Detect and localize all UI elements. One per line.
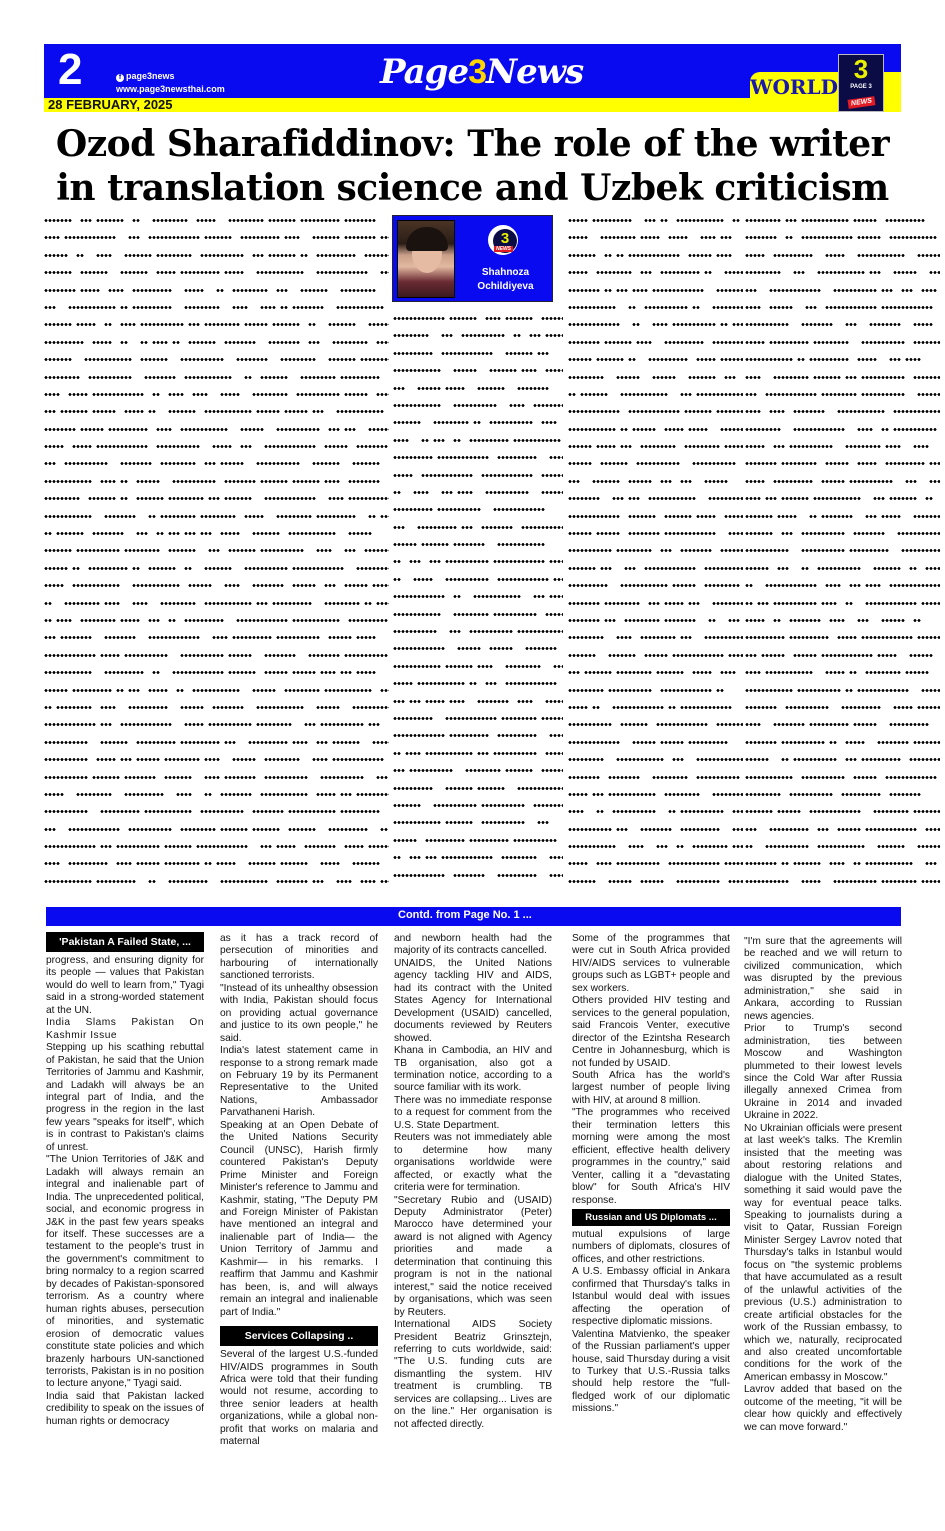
- unreadable-text-line: [745, 229, 940, 246]
- unreadable-text-line: [44, 264, 389, 281]
- unreadable-text-line: [393, 501, 563, 518]
- column-heading: 'Pakistan A Failed State, ...: [46, 932, 204, 952]
- unreadable-text-line: [44, 629, 389, 646]
- section-label: WORLD: [750, 74, 838, 100]
- unreadable-text-line: [393, 710, 563, 727]
- logo-right: News: [486, 52, 583, 92]
- unreadable-text-line: [44, 247, 389, 264]
- unreadable-text-line: [44, 542, 389, 559]
- paragraph: "Instead of its unhealthy obsession with…: [220, 983, 378, 1045]
- paragraph: Speaking at an Open Debate of the United…: [220, 1120, 378, 1319]
- website-link[interactable]: www.page3newsthai.com: [116, 83, 225, 96]
- unreadable-text-line: [568, 595, 743, 612]
- paragraph: Some of the programmes that were cut in …: [572, 933, 730, 995]
- unreadable-text-line: [568, 769, 743, 786]
- paragraph: India said that Pakistan lacked credibil…: [46, 1391, 204, 1428]
- paragraph: "The programmes who received their termi…: [572, 1107, 730, 1207]
- unreadable-text-line: [568, 821, 743, 838]
- unreadable-text-line: [568, 282, 743, 299]
- news-column-2: as it has a track record of persecution …: [220, 933, 378, 1449]
- unreadable-text-line: [568, 490, 743, 507]
- unreadable-text-line: [44, 386, 389, 403]
- unreadable-text-line: [393, 849, 563, 866]
- author-box: Shahnoza Ochildiyeva: [392, 215, 553, 302]
- unreadable-text-line: [568, 647, 743, 664]
- page-number: 2: [58, 44, 82, 96]
- author-name: Shahnoza Ochildiyeva: [457, 266, 554, 294]
- unreadable-text-line: [568, 455, 743, 472]
- unreadable-text-line: [44, 525, 389, 542]
- unreadable-text-line: [745, 525, 940, 542]
- issue-date: 28 FEBRUARY, 2025: [48, 98, 173, 112]
- author-last-name: Ochildiyeva: [457, 280, 554, 294]
- paragraph: and newborn health had the majority of i…: [394, 933, 552, 958]
- unreadable-text-line: [745, 299, 940, 316]
- unreadable-text-line: [745, 282, 940, 299]
- unreadable-text-line: [568, 508, 743, 525]
- unreadable-text-line: [44, 803, 389, 820]
- news-column-5: "I'm sure that the agreements will be re…: [744, 936, 902, 1434]
- unreadable-text-line: [393, 380, 563, 397]
- unreadable-text-line: [568, 386, 743, 403]
- unreadable-text-line: [745, 682, 940, 699]
- unreadable-text-line: [745, 647, 940, 664]
- unreadable-text-line: [745, 838, 940, 855]
- paragraph: "The Union Territories of J&K and Ladakh…: [46, 1154, 204, 1391]
- unreadable-text-line: [745, 438, 940, 455]
- unreadable-text-line: [568, 316, 743, 333]
- unreadable-text-line: [44, 508, 389, 525]
- unreadable-text-line: [568, 699, 743, 716]
- unreadable-text-line: [568, 734, 743, 751]
- unreadable-text-line: [44, 873, 389, 890]
- column-heading: Russian and US Diplomats ...: [572, 1209, 730, 1226]
- unreadable-text-line: [393, 310, 563, 327]
- unreadable-text-line: [44, 403, 389, 420]
- unreadable-text-line: [393, 780, 563, 797]
- unreadable-text-line: [568, 438, 743, 455]
- unreadable-text-line: [44, 577, 389, 594]
- paragraph: Khana in Cambodia, an HIV and TB organis…: [394, 1045, 552, 1095]
- column-heading: Services Collapsing ..: [220, 1326, 378, 1346]
- unreadable-text-line: [568, 716, 743, 733]
- unreadable-text-line: [745, 629, 940, 646]
- unreadable-text-line: [393, 571, 563, 588]
- unreadable-text-line: [44, 734, 389, 751]
- unreadable-text-line: [393, 414, 563, 431]
- unreadable-text-line: [44, 716, 389, 733]
- unreadable-text-line: [745, 786, 940, 803]
- unreadable-text-line: [745, 473, 940, 490]
- unreadable-text-line: [393, 606, 563, 623]
- subheading: India Slams Pakistan On Kashmir Issue: [46, 1017, 204, 1042]
- unreadable-text-line: [568, 873, 743, 890]
- unreadable-text-line: [745, 577, 940, 594]
- unreadable-text-line: [44, 786, 389, 803]
- unreadable-text-line: [44, 421, 389, 438]
- news-column-4: Some of the programmes that were cut in …: [572, 933, 730, 1416]
- unreadable-text-line: [568, 229, 743, 246]
- unreadable-text-line: [568, 525, 743, 542]
- unreadable-text-line: [568, 855, 743, 872]
- article-headline: Ozod Sharafiddinov: The role of the writ…: [44, 122, 901, 210]
- unreadable-text-line: [568, 629, 743, 646]
- unreadable-text-line: [745, 821, 940, 838]
- unreadable-text-line: [44, 769, 389, 786]
- unreadable-text-line: [393, 867, 563, 884]
- logo-three: 3: [468, 53, 486, 91]
- unreadable-text-line: [745, 264, 940, 281]
- unreadable-text-line: [745, 490, 940, 507]
- unreadable-text-line: [393, 553, 563, 570]
- unreadable-text-line: [568, 299, 743, 316]
- unreadable-text-line: [44, 647, 389, 664]
- paragraph: India's latest statement came in respons…: [220, 1045, 378, 1120]
- unreadable-text-line: [745, 386, 940, 403]
- unreadable-text-line: [568, 334, 743, 351]
- paragraph: "Secretary Rubio and (USAID) Deputy Admi…: [394, 1195, 552, 1320]
- unreadable-text-line: [745, 560, 940, 577]
- unreadable-text-line: [393, 536, 563, 553]
- page3-badge-icon: 3 PAGE 3 NEWS: [838, 54, 884, 112]
- newspaper-logo: Page3News: [380, 50, 583, 94]
- unreadable-text-line: [393, 693, 563, 710]
- masthead: 2 fpage3news www.page3newsthai.com 28 FE…: [44, 44, 901, 112]
- badge-label: PAGE 3: [839, 83, 883, 91]
- unreadable-text-line: [745, 247, 940, 264]
- unreadable-text-line: [44, 438, 389, 455]
- news-column-1: 'Pakistan A Failed State, ... progress, …: [46, 930, 204, 1428]
- unreadable-text-line: [745, 508, 940, 525]
- facebook-handle[interactable]: page3news: [126, 71, 175, 81]
- unreadable-text-line: [44, 369, 389, 386]
- paragraph: progress, and ensuring dignity for its p…: [46, 955, 204, 1017]
- unreadable-text-line: [44, 229, 389, 246]
- social-links: fpage3news www.page3newsthai.com: [116, 70, 225, 96]
- unreadable-text-line: [393, 762, 563, 779]
- badge-tag: NEWS: [847, 96, 875, 109]
- unreadable-text-line: [745, 351, 940, 368]
- unreadable-text-line: [745, 316, 940, 333]
- article-body-column-4: [745, 212, 940, 890]
- unreadable-text-line: [393, 832, 563, 849]
- unreadable-text-line: [44, 560, 389, 577]
- unreadable-text-line: [745, 855, 940, 872]
- unreadable-text-line: [745, 455, 940, 472]
- unreadable-text-line: [393, 797, 563, 814]
- paragraph: Prior to Trump's second administration, …: [744, 1023, 902, 1123]
- unreadable-text-line: [393, 745, 563, 762]
- paragraph: Lavrov added that based on the outcome o…: [744, 1384, 902, 1434]
- unreadable-text-line: [568, 473, 743, 490]
- paragraph: International AIDS Society President Bea…: [394, 1319, 552, 1431]
- unreadable-text-line: [393, 362, 563, 379]
- unreadable-text-line: [745, 803, 940, 820]
- unreadable-text-line: [568, 577, 743, 594]
- unreadable-text-line: [44, 595, 389, 612]
- unreadable-text-line: [44, 612, 389, 629]
- unreadable-text-line: [745, 769, 940, 786]
- unreadable-text-line: [44, 351, 389, 368]
- unreadable-text-line: [745, 334, 940, 351]
- unreadable-text-line: [393, 814, 563, 831]
- unreadable-text-line: [393, 727, 563, 744]
- unreadable-text-line: [568, 421, 743, 438]
- unreadable-text-line: [44, 473, 389, 490]
- unreadable-text-line: [44, 682, 389, 699]
- unreadable-text-line: [745, 699, 940, 716]
- unreadable-text-line: [568, 786, 743, 803]
- unreadable-text-line: [393, 588, 563, 605]
- unreadable-text-line: [568, 751, 743, 768]
- logo-left: Page: [380, 52, 468, 92]
- continued-banner: Contd. from Page No. 1 ...: [46, 907, 901, 926]
- unreadable-text-line: [568, 351, 743, 368]
- unreadable-text-line: [393, 345, 563, 362]
- unreadable-text-line: [568, 803, 743, 820]
- unreadable-text-line: [568, 664, 743, 681]
- paragraph: mutual expulsions of large numbers of di…: [572, 1229, 730, 1266]
- unreadable-text-line: [568, 369, 743, 386]
- unreadable-text-line: [745, 542, 940, 559]
- unreadable-text-line: [393, 658, 563, 675]
- paragraph: Valentina Matvienko, the speaker of the …: [572, 1329, 730, 1416]
- article-body-column-3: [568, 212, 743, 890]
- paragraph: as it has a track record of persecution …: [220, 933, 378, 983]
- paragraph: Stepping up his scathing rebuttal of Pak…: [46, 1042, 204, 1154]
- unreadable-text-line: [393, 467, 563, 484]
- unreadable-text-line: [568, 212, 743, 229]
- unreadable-text-line: [568, 247, 743, 264]
- unreadable-text-line: [44, 334, 389, 351]
- unreadable-text-line: [568, 542, 743, 559]
- unreadable-text-line: [393, 675, 563, 692]
- paragraph: No Ukrainian officials were present at l…: [744, 1123, 902, 1385]
- unreadable-text-line: [568, 682, 743, 699]
- unreadable-text-line: [745, 612, 940, 629]
- unreadable-text-line: [745, 212, 940, 229]
- unreadable-text-line: [568, 264, 743, 281]
- unreadable-text-line: [44, 455, 389, 472]
- unreadable-text-line: [393, 432, 563, 449]
- unreadable-text-line: [44, 282, 389, 299]
- unreadable-text-line: [44, 751, 389, 768]
- paragraph: Reuters was not immediately able to dete…: [394, 1132, 552, 1194]
- unreadable-text-line: [393, 640, 563, 657]
- unreadable-text-line: [44, 316, 389, 333]
- unreadable-text-line: [745, 734, 940, 751]
- author-first-name: Shahnoza: [457, 266, 554, 280]
- unreadable-text-line: [44, 855, 389, 872]
- author-photo: [397, 220, 455, 298]
- unreadable-text-line: [745, 751, 940, 768]
- unreadable-text-line: [393, 623, 563, 640]
- unreadable-text-line: [745, 664, 940, 681]
- unreadable-text-line: [393, 519, 563, 536]
- unreadable-text-line: [44, 821, 389, 838]
- unreadable-text-line: [44, 212, 389, 229]
- unreadable-text-line: [393, 484, 563, 501]
- unreadable-text-line: [44, 664, 389, 681]
- unreadable-text-line: [568, 612, 743, 629]
- unreadable-text-line: [393, 327, 563, 344]
- paragraph: Several of the largest U.S.-funded HIV/A…: [220, 1349, 378, 1449]
- unreadable-text-line: [745, 595, 940, 612]
- paragraph: Others provided HIV testing and services…: [572, 995, 730, 1070]
- news-column-3: and newborn health had the majority of i…: [394, 933, 552, 1431]
- unreadable-text-line: [44, 299, 389, 316]
- facebook-icon: f: [116, 74, 124, 82]
- unreadable-text-line: [44, 490, 389, 507]
- unreadable-text-line: [44, 838, 389, 855]
- paragraph: "I'm sure that the agreements will be re…: [744, 936, 902, 1023]
- article-body-column-1: [44, 212, 389, 890]
- badge-number: 3: [839, 55, 883, 83]
- paragraph: There was no immediate response to a req…: [394, 1095, 552, 1132]
- unreadable-text-line: [745, 403, 940, 420]
- continued-label: Contd. from Page No. 1 ...: [398, 909, 532, 921]
- unreadable-text-line: [568, 403, 743, 420]
- unreadable-text-line: [568, 838, 743, 855]
- unreadable-text-line: [393, 449, 563, 466]
- unreadable-text-line: [745, 369, 940, 386]
- unreadable-text-line: [44, 699, 389, 716]
- unreadable-text-line: [393, 397, 563, 414]
- unreadable-text-line: [745, 421, 940, 438]
- article-body-column-2: [393, 310, 563, 884]
- unreadable-text-line: [745, 873, 940, 890]
- page3-logo-icon: [488, 225, 518, 255]
- headline-line-2: in translation science and Uzbek critici…: [44, 166, 901, 210]
- paragraph: UNAIDS, the United Nations agency tackli…: [394, 958, 552, 1045]
- paragraph: A U.S. Embassy official in Ankara confir…: [572, 1266, 730, 1328]
- headline-line-1: Ozod Sharafiddinov: The role of the writ…: [44, 122, 901, 166]
- unreadable-text-line: [745, 716, 940, 733]
- unreadable-text-line: [568, 560, 743, 577]
- paragraph: South Africa has the world's largest num…: [572, 1070, 730, 1107]
